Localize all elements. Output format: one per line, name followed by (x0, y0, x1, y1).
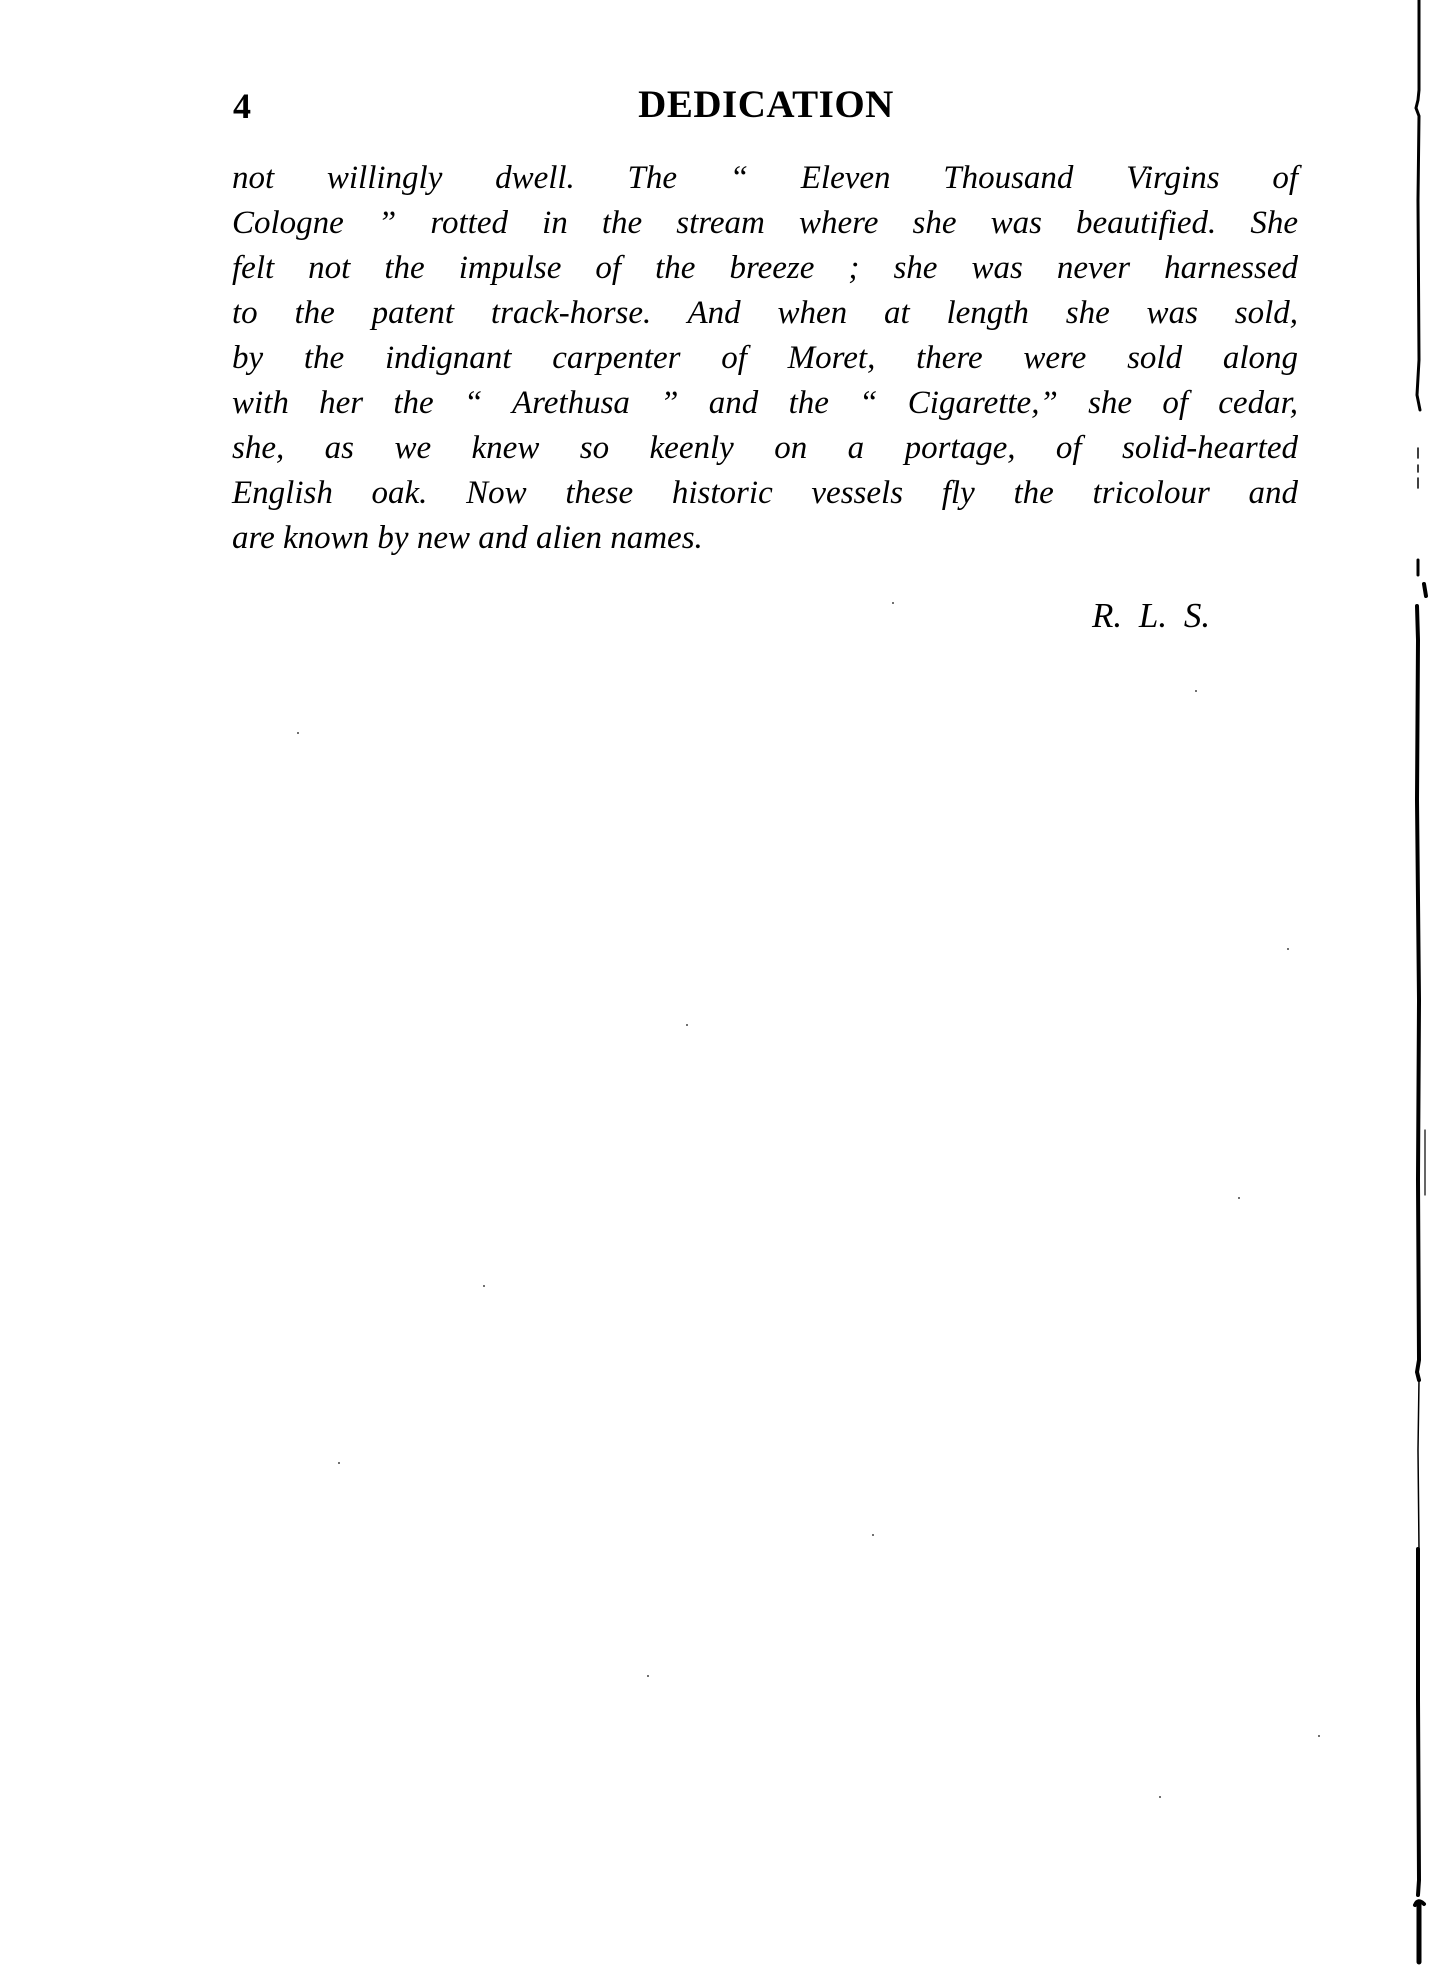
text-line: she, as we knew so keenly on a portage, … (232, 426, 1298, 471)
text-line: with her the “ Arethusa ” and the “ Ciga… (232, 381, 1298, 426)
text-line: Cologne ” rotted in the stream where she… (232, 201, 1298, 246)
scan-speck (1287, 948, 1289, 950)
text-line-last: are known by new and alien names. (232, 516, 1298, 561)
scan-speck (872, 1534, 874, 1536)
scan-speck (1238, 1197, 1240, 1199)
scan-speck (1159, 1796, 1161, 1798)
scan-speck (1318, 1735, 1320, 1737)
text-line: by the indignant carpenter of Moret, the… (232, 336, 1298, 381)
scan-speck (297, 732, 299, 734)
text-line: not willingly dwell. The “ Eleven Thousa… (232, 156, 1298, 201)
binding-edge-line (1404, 0, 1434, 1976)
book-page: 4 DEDICATION not willingly dwell. The “ … (0, 0, 1444, 1976)
scan-speck (647, 1675, 649, 1677)
text-line: felt not the impulse of the breeze ; she… (232, 246, 1298, 291)
page-number: 4 (233, 86, 251, 126)
text-line: to the patent track-horse. And when at l… (232, 291, 1298, 336)
scan-speck (686, 1024, 688, 1026)
running-head-title: DEDICATION (615, 84, 917, 126)
scan-speck (892, 602, 894, 604)
scan-speck (338, 1462, 340, 1464)
text-line: English oak. Now these historic vessels … (232, 471, 1298, 516)
dedication-paragraph: not willingly dwell. The “ Eleven Thousa… (232, 156, 1298, 561)
signature-initials: R. L. S. (1092, 596, 1210, 636)
scan-speck (1195, 690, 1197, 692)
scan-speck (483, 1285, 485, 1287)
